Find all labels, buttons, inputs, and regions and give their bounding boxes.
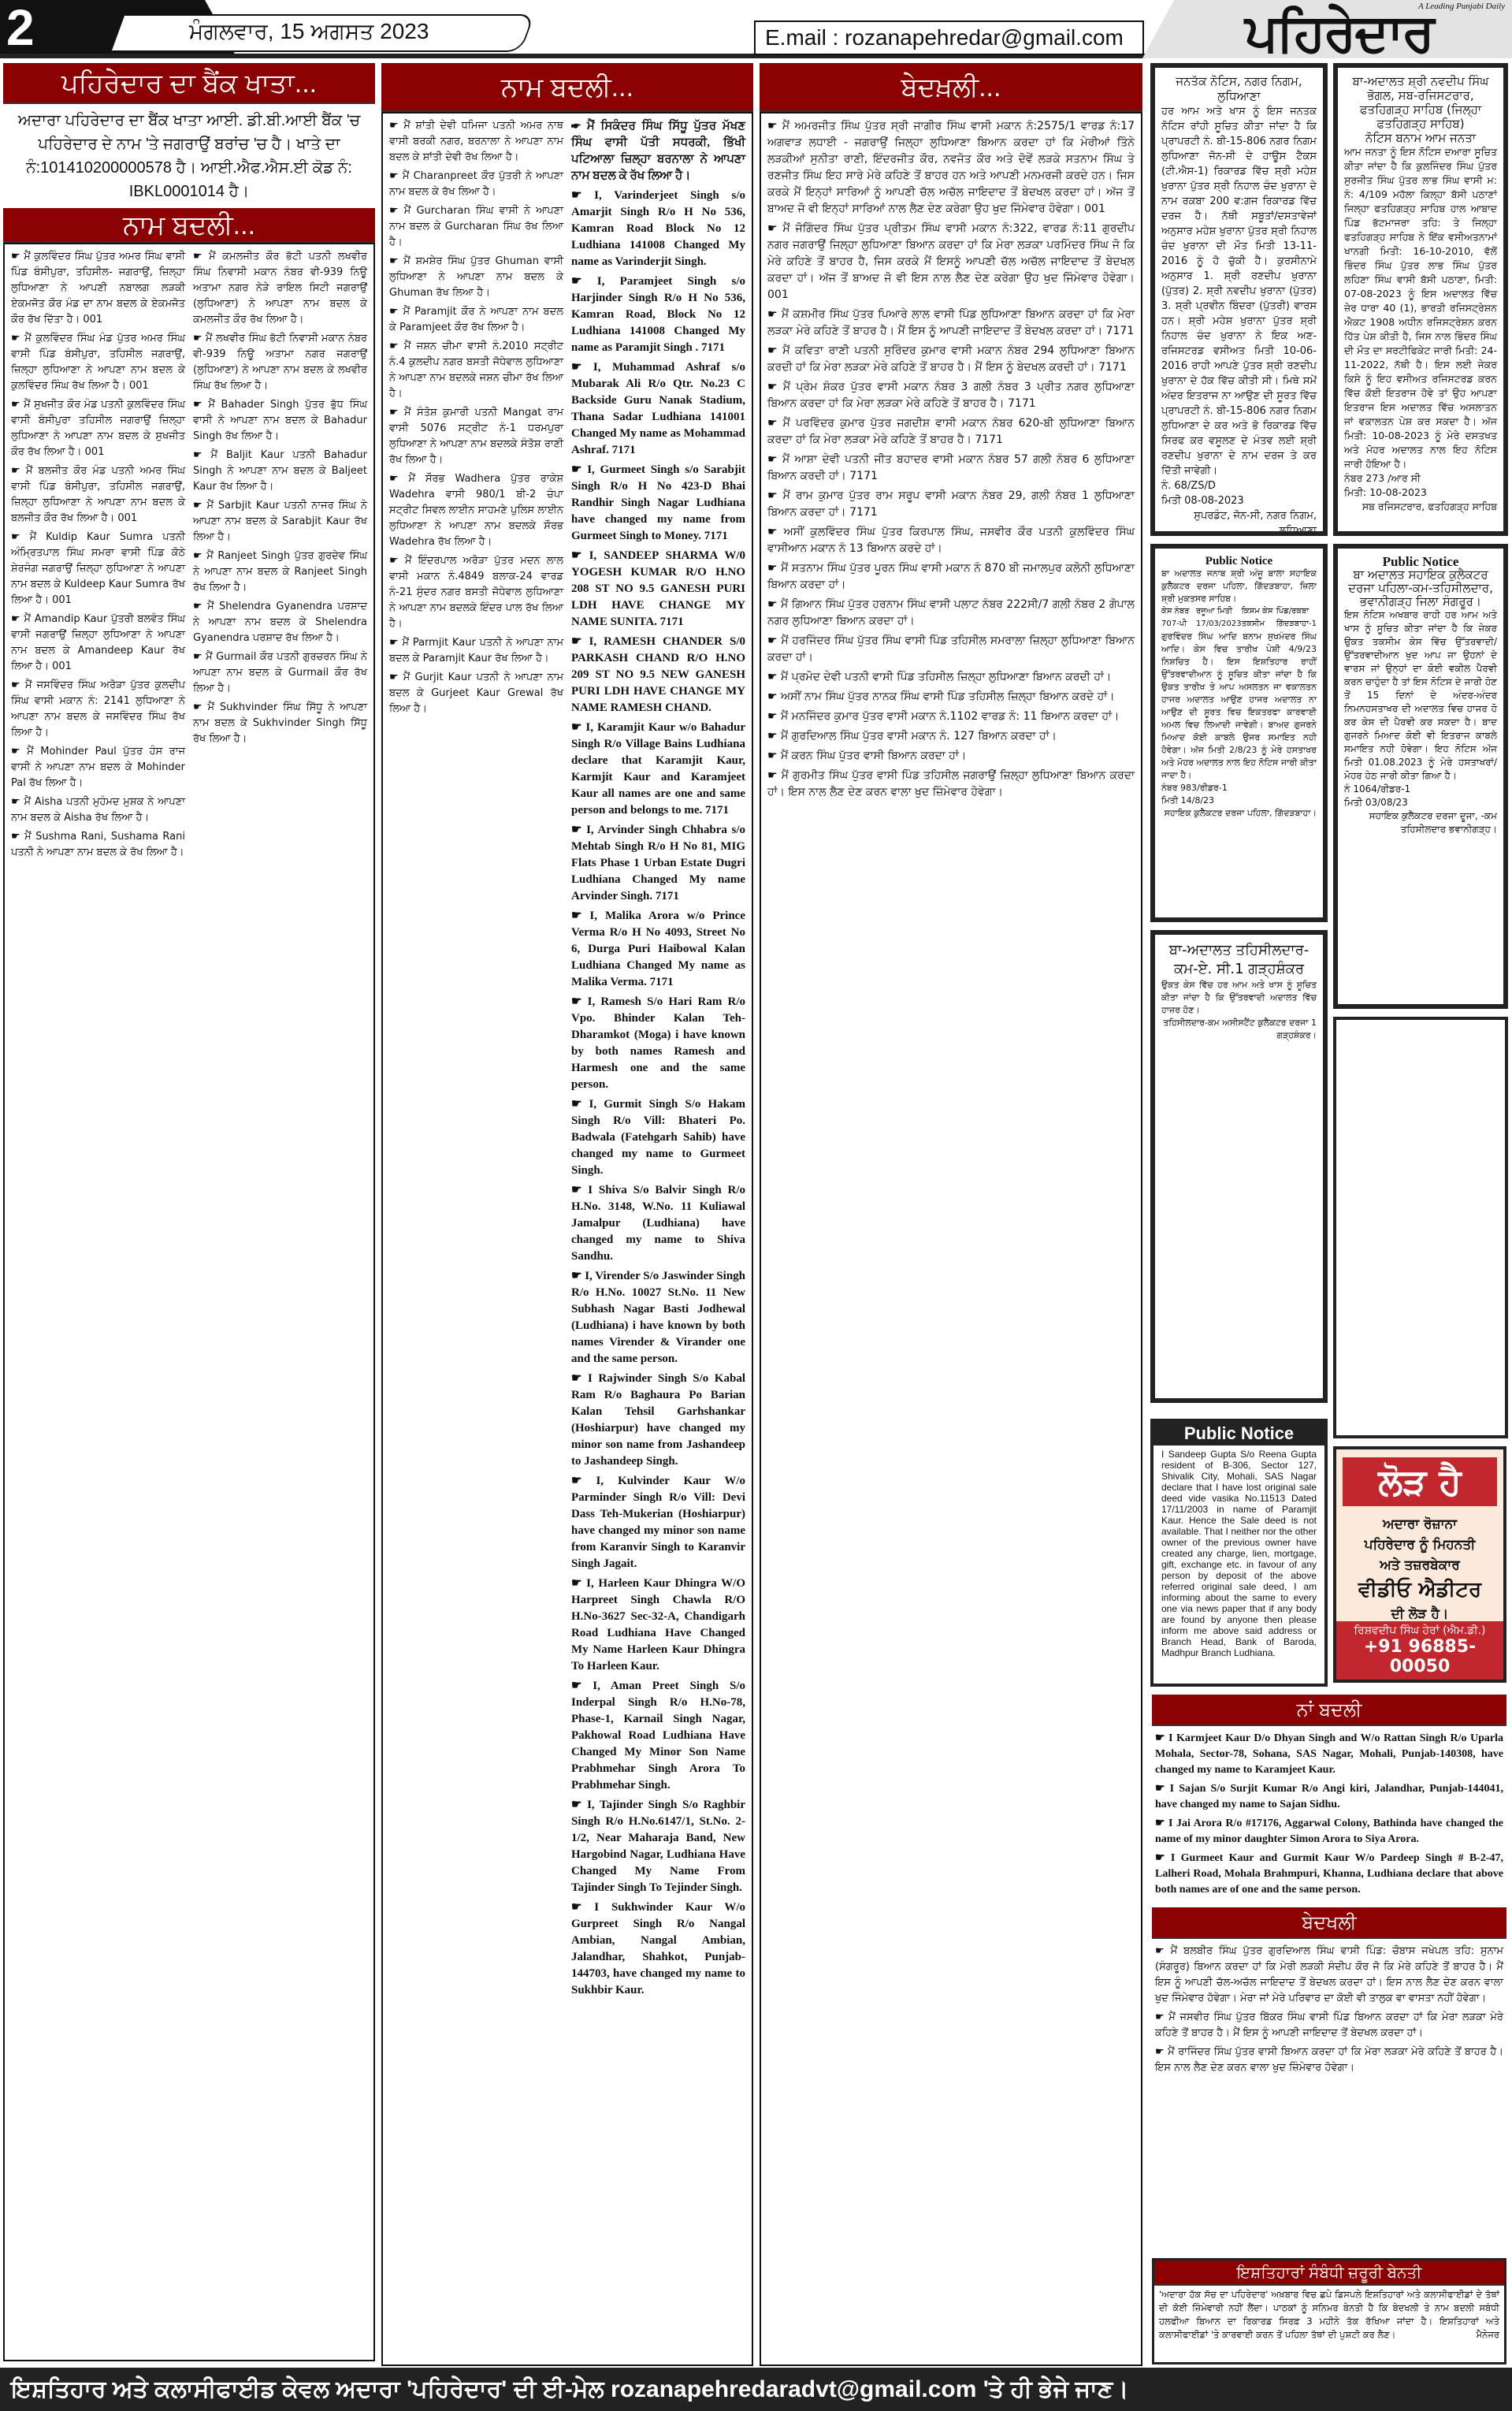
list-item: ☛ I, Gurmeet Singh s/o Sarabjit Singh R/… — [571, 462, 745, 545]
list-item: ☛ ਮੈਂ Shelendra Gyanendra ਪਰਸ਼ਾਦ ਨੇ ਆਪਣਾ… — [193, 599, 367, 646]
notice-bhawanigarh: Public Notice ਬਾ ਅਦਾਲਤ ਸਹਾਇਕ ਕੁਲੈਕਟਰ ਦਰਜ… — [1333, 544, 1508, 1009]
name-change-heading-2: ਨਾਮ ਬਦਲੀ... — [381, 63, 753, 112]
name-change-body: ☛ ਮੈਂ ਕੁਲਵਿੰਦਰ ਸਿੰਘ ਪੁੱਤਰ ਅਮਰ ਸਿੰਘ ਵਾਸੀ … — [3, 243, 375, 2361]
notice-generic — [1333, 1017, 1508, 1438]
notice-body: ਆਮ ਜਨਤਾ ਨੂੰ ਇਸ ਨੋਟਿਸ ਦਆਰਾ ਸੂਚਿਤ ਕੀਤਾ ਜਾਂ… — [1344, 145, 1497, 471]
list-item: ☛ ਮੈਂ ਜਸਵਿੰਦਰ ਸਿੰਘ ਅਰੋੜਾ ਪੁੱਤਰ ਕੁਲਦੀਪ ਸਿ… — [11, 678, 185, 741]
list-item: ☛ ਮੈਂ ਆਸ਼ਾ ਦੇਵੀ ਪਤਨੀ ਜੀਤ ਬਹਾਦਰ ਵਾਸੀ ਮਕਾਨ… — [767, 452, 1135, 485]
list-item: ☛ ਮੈਂ ਬਲਬੀਰ ਸਿੰਘ ਪੁੱਤਰ ਗੁਰਦਿਆਲ ਸਿੰਘ ਵਾਸੀ… — [1155, 1944, 1503, 2007]
name-change-subcol-a: ☛ ਮੈਂ ਕੁਲਵਿੰਦਰ ਸਿੰਘ ਪੁੱਤਰ ਅਮਰ ਸਿੰਘ ਵਾਸੀ … — [11, 249, 185, 2355]
list-item: ☛ I, Varinderjeet Singh s/o Amarjit Sing… — [571, 188, 745, 270]
notice-title: ਜਨਤੱਕ ਨੋਟਿਸ, ਨਗਰ ਨਿਗਮ, ਲੁਧਿਆਣਾ — [1161, 74, 1317, 104]
bank-account-text: ਅਦਾਰਾ ਪਹਿਰੇਦਾਰ ਦਾ ਬੈਂਕ ਖਾਤਾ ਆਈ. ਡੀ.ਬੀ.ਆਈ… — [3, 104, 375, 208]
list-item: ☛ ਮੈਂ ਸਿਕੰਦਰ ਸਿੰਘ ਸਿੱਧੂ ਪੁੱਤਰ ਮੱਖਣ ਸਿੰਘ … — [571, 118, 745, 184]
list-item: ☛ ਮੈਂ ਕੁਲਵਿੰਦਰ ਸਿੰਘ ਮੰਡ ਪੁੱਤਰ ਅਮਰ ਸਿੰਘ ਵ… — [11, 331, 185, 394]
notice-subtitle: ਨੋਟਿਸ ਬਨਾਮ ਆਮ ਜਨਤਾ — [1344, 131, 1497, 145]
list-item: ☛ ਮੈਂ ਕਵਿਤਾ ਰਾਣੀ ਪਤਨੀ ਸੁਰਿੰਦਰ ਕੁਮਾਰ ਵਾਸੀ… — [767, 343, 1135, 376]
column-1: ਪਹਿਰੇਦਾਰ ਦਾ ਬੈਂਕ ਖਾਤਾ... ਅਦਾਰਾ ਪਹਿਰੇਦਾਰ … — [3, 63, 375, 2361]
list-item: ☛ I Gurmeet Kaur and Gurmit Kaur W/o Par… — [1155, 1851, 1503, 1898]
header-email[interactable]: E.mail : rozanapehredar@gmail.com — [754, 20, 1144, 55]
notice-body: ਗੁਰਵਿੰਦਰ ਸਿੰਘ ਆਦਿ ਬਨਾਮ ਸੁਖਮੰਦਰ ਸਿੰਘ ਆਦਿ।… — [1161, 631, 1317, 782]
list-item: ☛ ਮੈਂ Sushma Rani, Sushama Rani ਪਤਨੀ ਨੇ … — [11, 829, 185, 861]
public-notice-sandeep: Public Notice I Sandeep Gupta S/o Reena … — [1150, 1419, 1328, 1687]
list-item: ☛ ਮੈਂ Bahader Singh ਪੁੱਤਰ ਭੁੱਧ ਸਿੰਘ ਵਾਸੀ… — [193, 397, 367, 445]
list-item: ☛ ਮੈਂ ਅਮਰਜੀਤ ਸਿੰਘ ਪੁੱਤਰ ਸ੍ਰੀ ਜਾਗੀਰ ਸਿੰਘ … — [767, 118, 1135, 218]
notice-body: ਉਕਤ ਕੇਸ ਵਿੱਚ ਹਰ ਆਮ ਅਤੇ ਖਾਸ ਨੂੰ ਸੂਚਿਤ ਕੀਤ… — [1161, 979, 1317, 1017]
list-item: ☛ ਮੈਂ Gurcharan ਸਿੰਘ ਵਾਸੀ ਨੇ ਆਪਣਾ ਨਾਮ ਬਦ… — [389, 203, 563, 251]
right-name-change: ਨਾਂ ਬਦਲੀ ☛ I Karmjeet Kaur D/o Dhyan Sin… — [1152, 1695, 1506, 1906]
case-table-cell: ਗਿੱਦੜਬਾਹਾ-1 — [1276, 618, 1317, 631]
list-item: ☛ ਮੈਂ ਸਤਨਾਮ ਸਿੰਘ ਪੁੱਤਰ ਪੂਰਨ ਸਿੰਘ ਵਾਸੀ ਮਕ… — [767, 560, 1135, 593]
list-item: ☛ ਮੈਂ ਕਸ਼ਮੀਰ ਸਿੰਘ ਪੁੱਤਰ ਪਿਆਰੇ ਲਾਲ ਵਾਸੀ ਪ… — [767, 307, 1135, 340]
ad-contact-name: ਰਿਸ਼ਵਦੀਪ ਸਿੰਘ ਹੇਰਾਂ (ਐਮ.ਡੀ.) — [1354, 1624, 1486, 1637]
notice-title: ਬਾ-ਅਦਾਲਤ ਸ਼੍ਰੀ ਨਵਦੀਪ ਸਿੰਘ ਭੋਗਲ, ਸਬ-ਰਜਿਸਟ… — [1344, 74, 1497, 131]
ad-line: ਪਹਿਰੇਦਾਰ ਨੂੰ ਮਿਹਨਤੀ — [1336, 1535, 1503, 1555]
list-item: ☛ I, Tajinder Singh S/o Raghbir Singh R/… — [571, 1797, 745, 1896]
list-item: ☛ I Rajwinder Singh S/o Kabal Ram R/o Ba… — [571, 1371, 745, 1470]
name-change-subcol-punjabi: ☛ ਮੈਂ ਸ਼ਾਂਤੀ ਦੇਵੀ ਧਮਿਜਾ ਪਤਨੀ ਅਮਰ ਨਾਥ ਵਾਸ… — [389, 118, 563, 2360]
case-table-header: ਕਿਸਮ ਕੇਸ — [1242, 605, 1276, 618]
list-item: ☛ ਮੈਂ Sukhvinder ਸਿੰਘ ਸਿੱਧੂ ਨੇ ਆਪਣਾ ਨਾਮ … — [193, 700, 367, 747]
name-change-body-2: ☛ ਮੈਂ ਸ਼ਾਂਤੀ ਦੇਵੀ ਧਮਿਜਾ ਪਤਨੀ ਅਮਰ ਨਾਥ ਵਾਸ… — [381, 112, 753, 2366]
notice-title: Public Notice — [1344, 555, 1497, 568]
list-item: ☛ I, Malika Arora w/o Prince Verma R/o H… — [571, 908, 745, 991]
list-item: ☛ ਮੈਂ ਗਿਆਨ ਸਿੰਘ ਪੁੱਤਰ ਹਰਨਾਮ ਸਿੰਘ ਵਾਸੀ ਪਲ… — [767, 597, 1135, 630]
list-item: ☛ ਮੈਂ Ranjeet Singh ਪੁੱਤਰ ਗੁਰਦੇਵ ਸਿੰਘ ਨੇ… — [193, 549, 367, 596]
list-item: ☛ ਮੈਂ ਜਸਵੀਰ ਸਿੰਘ ਪੁੱਤਰ ਬਿੱਕਰ ਸਿੰਘ ਵਾਸੀ ਪ… — [1155, 2010, 1503, 2041]
list-item: ☛ I, Harleen Kaur Dhingra W/O Harpreet S… — [571, 1576, 745, 1675]
ad-contact: ਰਿਸ਼ਵਦੀਪ ਸਿੰਘ ਹੇਰਾਂ (ਐਮ.ਡੀ.) +91 96885-0… — [1336, 1621, 1503, 1680]
case-table-header: ਕੇਸ ਨੰਬਰ — [1161, 605, 1196, 618]
list-item: ☛ ਮੈਂ Gurjit Kaur ਪਤਨੀ ਨੇ ਆਪਣਾ ਨਾਮ ਬਦਲ ਕ… — [389, 670, 563, 717]
list-item: ☛ ਮੈਂ ਸ਼ਾਂਤੀ ਦੇਵੀ ਧਮਿਜਾ ਪਤਨੀ ਅਮਰ ਨਾਥ ਵਾਸ… — [389, 118, 563, 166]
notice-ref: ਨੰ. 68/ZS/D — [1161, 478, 1317, 493]
list-item: ☛ I, Gurmit Singh S/o Hakam Singh R/o Vi… — [571, 1096, 745, 1179]
list-item: ☛ ਮੈਂ Kuldip Kaur Sumra ਪਤਨੀ ਅੰਮ੍ਰਿਤਪਾਲ … — [11, 530, 185, 608]
case-table-header: ਪਿੰਡ/ਰਕਬਾ — [1276, 605, 1317, 618]
list-item: ☛ ਮੈਂ Parmjit Kaur ਪਤਨੀ ਨੇ ਆਪਣਾ ਨਾਮ ਬਦਲ … — [389, 635, 563, 667]
case-table-header: ਰਜੂਆ ਮਿਤੀ — [1196, 605, 1242, 618]
list-item: ☛ ਮੈਂ Amandip Kaur ਪੁੱਤਰੀ ਬਲਵੰਤ ਸਿੰਘ ਵਾਸ… — [11, 612, 185, 675]
list-item: ☛ ਮੈਂ ਲਖਵੀਰ ਸਿੰਘ ਭੱਟੀ ਨਿਵਾਸੀ ਮਕਾਨ ਨੰਬਰ ਵ… — [193, 331, 367, 394]
list-item: ☛ I Karmjeet Kaur D/o Dhyan Singh and W/… — [1155, 1731, 1503, 1778]
list-item: ☛ ਮੈਂ Sarbjit Kaur ਪਤਨੀ ਨਾਜਰ ਸਿੰਘ ਨੇ ਆਪਣ… — [193, 498, 367, 545]
notice-tehsildar: ਬਾ-ਅਦਾਲਤ ਤਹਿਸੀਲਦਾਰ-ਕਮ-ਏ. ਸੀ.1 ਗੜ੍ਹਸ਼ੰਕਰ … — [1150, 930, 1328, 1403]
ad-phone[interactable]: +91 96885-00050 — [1336, 1637, 1503, 1676]
ad-disclaimer-text: 'ਅਦਾਰਾ ਹੱਕ ਸੱਚ ਦਾ ਪਹਿਰੇਦਾਰ' ਅਖ਼ਬਾਰ ਵਿਚ ਛ… — [1159, 2289, 1499, 2340]
list-item: ☛ ਮੈਂ Charanpreet ਕੌਰ ਪੁੱਤਰੀ ਨੇ ਆਪਣਾ ਨਾਮ… — [389, 169, 563, 200]
notice-ref: ਨੰਬਰ 983/ਰੀਡਰ-1 — [1161, 782, 1317, 794]
column-3: ਬੇਦਖ਼ਲੀ... ☛ ਮੈਂ ਅਮਰਜੀਤ ਸਿੰਘ ਪੁੱਤਰ ਸ੍ਰੀ … — [760, 63, 1142, 2366]
list-item: ☛ ਮੈਂ ਕੁਲਵਿੰਦਰ ਸਿੰਘ ਪੁੱਤਰ ਅਮਰ ਸਿੰਘ ਵਾਸੀ … — [11, 249, 185, 328]
list-item: ☛ I, RAMESH CHANDER S/0 PARKASH CHAND R/… — [571, 634, 745, 716]
tagline: A Leading Punjabi Daily — [1418, 2, 1505, 11]
public-notice-body: I Sandeep Gupta S/o Reena Gupta resident… — [1154, 1445, 1324, 1661]
right-disown: ਬੇਦਖਲੀ ☛ ਮੈਂ ਬਲਬੀਰ ਸਿੰਘ ਪੁੱਤਰ ਗੁਰਦਿਆਲ ਸਿ… — [1152, 1907, 1506, 2254]
list-item: ☛ I Jai Arora R/o #17176, Aggarwal Colon… — [1155, 1816, 1503, 1847]
list-item: ☛ I, Ramesh S/o Hari Ram R/o Vpo. Bhinde… — [571, 994, 745, 1093]
ad-disclaimer-body: 'ਅਦਾਰਾ ਹੱਕ ਸੱਚ ਦਾ ਪਹਿਰੇਦਾਰ' ਅਖ਼ਬਾਰ ਵਿਚ ਛ… — [1154, 2286, 1504, 2344]
list-item: ☛ ਮੈਂ ਸੌਰਭ Wadhera ਪੁੱਤਰ ਰਾਕੇਸ਼ Wadehra … — [389, 471, 563, 550]
name-change-subcol-english: ☛ ਮੈਂ ਸਿਕੰਦਰ ਸਿੰਘ ਸਿੱਧੂ ਪੁੱਤਰ ਮੱਖਣ ਸਿੰਘ … — [571, 118, 745, 2360]
ad-headline: ਲੋੜ ਹੈ — [1343, 1457, 1497, 1506]
list-item: ☛ ਮੈਂ Mohinder Paul ਪੁੱਤਰ ਹੰਸ ਰਾਜ ਵਾਸੀ ਨ… — [11, 744, 185, 791]
list-item: ☛ I, Virender S/o Jaswinder Singh R/o H.… — [571, 1268, 745, 1367]
notice-subtitle: ਬਾ ਅਦਾਲਤ ਜਨਾਬ ਸ਼੍ਰੀ ਅੰਜੂ ਬਾਲਾ ਸਹਾਇਕ ਕੁਲੈ… — [1161, 567, 1317, 605]
disown-body: ☛ ਮੈਂ ਅਮਰਜੀਤ ਸਿੰਘ ਪੁੱਤਰ ਸ੍ਰੀ ਜਾਗੀਰ ਸਿੰਘ … — [760, 112, 1142, 2366]
list-item: ☛ I, SANDEEP SHARMA W/0 YOGESH KUMAR R/O… — [571, 548, 745, 631]
notice-subtitle: ਬਾ ਅਦਾਲਤ ਸਹਾਇਕ ਕੁਲੈਕਟਰ ਦਰਜਾ ਪਹਿਲਾ-ਕਮ-ਤਹਿ… — [1344, 568, 1497, 608]
list-item: ☛ ਮੈਂ ਰਾਮ ਕੁਮਾਰ ਪੁੱਤਰ ਰਾਮ ਸਰੂਪ ਵਾਸੀ ਮਕਾਨ… — [767, 488, 1135, 521]
notice-title: ਬਾ-ਅਦਾਲਤ ਤਹਿਸੀਲਦਾਰ-ਕਮ-ਏ. ਸੀ.1 ਗੜ੍ਹਸ਼ੰਕਰ — [1161, 941, 1317, 979]
list-item: ☛ ਮੈਂ ਸੰਤੋਸ਼ ਕੁਮਾਰੀ ਪਤਨੀ Mangat ਰਾਮ ਵਾਸੀ… — [389, 405, 563, 468]
list-item: ☛ I, Karamjit Kaur w/o Bahadur Singh R/o… — [571, 720, 745, 819]
notice-body: ਹਰ ਆਮ ਅਤੇ ਖਾਸ ਨੂੰ ਇਸ ਜਨਤਕ ਨੋਟਿਸ ਰਾਂਹੀ ਸੂ… — [1161, 104, 1317, 478]
page-number: 2 — [6, 0, 35, 57]
masthead: 2 ਮੰਗਲਵਾਰ, 15 ਅਗਸਤ 2023 E.mail : rozanap… — [0, 0, 1512, 57]
notice-date: ਮਿਤੀ 03/08/23 — [1344, 796, 1497, 809]
list-item: ☛ ਮੈਂ ਰਾਜਿੰਦਰ ਸਿੰਘ ਪੁੱਤਰ ਵਾਸੀ ਬਿਆਨ ਕਰਦਾ … — [1155, 2045, 1503, 2076]
list-item: ☛ ਮੈਂ ਬਲਜੀਤ ਕੌਰ ਮੰਡ ਪਤਨੀ ਅਮਰ ਸਿੰਘ ਵਾਸੀ ਪ… — [11, 463, 185, 526]
list-item: ☛ ਮੈਂ ਗੁਰਦਿਆਲ ਸਿੰਘ ਪੁੱਤਰ ਵਾਸੀ ਮਕਾਨ ਨੰ. 1… — [767, 728, 1135, 745]
notice-date: ਮਿਤੀ 14/8/23 — [1161, 794, 1317, 807]
notice-date: ਮਿਤੀ: 10-08-2023 — [1344, 486, 1497, 500]
video-editor-ad: ਲੋੜ ਹੈ ਅਦਾਰਾ ਰੋਜ਼ਾਨਾ ਪਹਿਰੇਦਾਰ ਨੂੰ ਮਿਹਨਤੀ… — [1333, 1446, 1506, 1683]
notice-fatehgarh: ਬਾ-ਅਦਾਲਤ ਸ਼੍ਰੀ ਨਵਦੀਪ ਸਿੰਘ ਭੋਗਲ, ਸਬ-ਰਜਿਸਟ… — [1333, 63, 1508, 536]
notice-signature: ਸਬ ਰਜਿਸਟਰਾਰ, ਫਤਹਿਗੜ੍ਹ ਸਾਹਿਬ — [1344, 500, 1497, 514]
bank-account-heading: ਪਹਿਰੇਦਾਰ ਦਾ ਬੈਂਕ ਖਾਤਾ... — [3, 63, 375, 104]
list-item: ☛ ਮੈਂ Gurmail ਕੌਰ ਪਤਨੀ ਗੁਰਚਰਨ ਸਿੰਘ ਨੇ ਆਪ… — [193, 649, 367, 697]
list-item: ☛ I Sukhwinder Kaur W/o Gurpreet Singh R… — [571, 1899, 745, 1999]
list-item: ☛ ਮੈਂ ਪ੍ਰੇਮ ਸ਼ੰਕਰ ਪੁੱਤਰ ਵਾਸੀ ਮਕਾਨ ਨੰਬਰ 3… — [767, 379, 1135, 412]
case-table-cell: 17/03/2023 — [1196, 618, 1242, 631]
list-item: ☛ I, Kulvinder Kaur W/o Parminder Singh … — [571, 1473, 745, 1572]
case-table-cell: 707-ਪੀ — [1161, 618, 1196, 631]
right-name-change-body: ☛ I Karmjeet Kaur D/o Dhyan Singh and W/… — [1152, 1726, 1506, 1906]
list-item: ☛ ਮੈਂ Paramjit ਕੌਰ ਨੇ ਆਪਣਾ ਨਾਮ ਬਦਲ ਕੇ Pa… — [389, 304, 563, 336]
issue-date: ਮੰਗਲਵਾਰ, 15 ਅਗਸਤ 2023 — [189, 19, 429, 45]
list-item: ☛ I Sajan S/o Surjit Kumar R/o Angi kiri… — [1155, 1781, 1503, 1813]
notice-signature: ਸਹਾਇਕ ਕੁਲੈਕਟਰ ਦਰਜਾ ਦੂਜਾ, -ਕਮ ਤਹਿਸੀਲਦਾਰ ਭ… — [1344, 809, 1497, 836]
notice-signature: ਸੁਪਰਡੰਟ, ਜੋਨ-ਸੀ, ਨਗਰ ਨਿਗਮ, ਲੁਧਿਆਣਾ — [1161, 508, 1317, 536]
list-item: ☛ ਅਸੀਂ ਕੁਲਵਿੰਦਰ ਸਿੰਘ ਪੁੱਤਰ ਕਿਰਪਾਲ ਸਿੰਘ, … — [767, 524, 1135, 557]
case-table-cell: ਤਕਸੀਮ — [1242, 618, 1276, 631]
list-item: ☛ ਮੈਂ ਸ਼ਮਸ਼ੇਰ ਸਿੰਘ ਪੁੱਤਰ Ghuman ਵਾਸੀ ਲੁਧ… — [389, 254, 563, 301]
list-item: ☛ ਮੈਂ ਪ੍ਰਮੋਦ ਦੇਵੀ ਪਤਨੀ ਵਾਸੀ ਪਿੰਡ ਤਹਿਸੀਲ … — [767, 669, 1135, 686]
list-item: ☛ I, Muhammad Ashraf s/o Mubarak Ali R/o… — [571, 359, 745, 459]
right-disown-body: ☛ ਮੈਂ ਬਲਬੀਰ ਸਿੰਘ ਪੁੱਤਰ ਗੁਰਦਿਆਲ ਸਿੰਘ ਵਾਸੀ… — [1152, 1939, 1506, 2084]
ad-disclaimer: ਇਸ਼ਤਿਹਾਰਾਂ ਸੰਬੰਧੀ ਜ਼ਰੂਰੀ ਬੇਨਤੀ 'ਅਦਾਰਾ ਹੱ… — [1152, 2258, 1506, 2364]
list-item: ☛ ਮੈਂ ਪਰਵਿੰਦਰ ਕੁਮਾਰ ਪੁੱਤਰ ਜਗਦੀਸ਼ ਵਾਸੀ ਮਕ… — [767, 415, 1135, 448]
list-item: ☛ ਮੈਂ ਮਨਜਿੰਦਰ ਕੁਮਾਰ ਪੁੱਤਰ ਵਾਸੀ ਮਕਾਨ ਨੰ.1… — [767, 709, 1135, 725]
list-item: ☛ ਮੈਂ ਸੁਖਜੀਤ ਕੌਰ ਮੰਡ ਪਤਨੀ ਕੁਲਵਿੰਦਰ ਸਿੰਘ … — [11, 397, 185, 460]
ad-line: ਅਦਾਰਾ ਰੋਜ਼ਾਨਾ — [1336, 1514, 1503, 1535]
column-2: ਨਾਮ ਬਦਲੀ... ☛ ਮੈਂ ਸ਼ਾਂਤੀ ਦੇਵੀ ਧਮਿਜਾ ਪਤਨੀ… — [381, 63, 753, 2366]
list-item: ☛ ਮੈਂ ਕਰਨ ਸਿੰਘ ਪੁੱਤਰ ਵਾਸੀ ਬਿਆਨ ਕਰਦਾ ਹਾਂ। — [767, 748, 1135, 765]
notice-date: ਮਿਤੀ 08-08-2023 — [1161, 493, 1317, 508]
list-item: ☛ ਅਸੀਂ ਨਾਮ ਸਿੰਘ ਪੁੱਤਰ ਨਾਨਕ ਸਿੰਘ ਵਾਸੀ ਪਿੰ… — [767, 689, 1135, 705]
footer-banner: ਇਸ਼ਤਿਹਾਰ ਅਤੇ ਕਲਾਸੀਫਾਈਡ ਕੇਵਲ ਅਦਾਰਾ 'ਪਹਿਰੇ… — [0, 2368, 1512, 2411]
list-item: ☛ ਮੈਂ Aisha ਪਤਨੀ ਮੁਹੰਮਦ ਮੁਸ਼ਕ ਨੇ ਆਪਣਾ ਨਾ… — [11, 794, 185, 826]
notice-signature: ਤਹਿਸੀਲਦਾਰ-ਕਮ ਅਸੀਸਟੈਂਟ ਕੁਲੈਕਟਰ ਦਰਜਾ 1 ਗੜ੍… — [1161, 1017, 1317, 1042]
ad-disclaimer-sign: ਮੈਨੇਜਰ — [1477, 2328, 1499, 2342]
notice-signature: ਸਹਾਇਕ ਕੁਲੈਕਟਰ ਦਰਜਾ ਪਹਿਲਾ, ਗਿੱਦੜਬਾਹਾ। — [1161, 807, 1317, 820]
notice-gidderbaha: Public Notice ਬਾ ਅਦਾਲਤ ਜਨਾਬ ਸ਼੍ਰੀ ਅੰਜੂ ਬ… — [1150, 544, 1328, 922]
list-item: ☛ I, Arvinder Singh Chhabra s/o Mehtab S… — [571, 822, 745, 905]
list-item: ☛ ਮੈਂ ਗੁਰਮੀਤ ਸਿੰਘ ਪੁੱਤਰ ਵਾਸੀ ਪਿੰਡ ਤਹਿਸੀਲ… — [767, 768, 1135, 801]
public-notice-title: Public Notice — [1154, 1422, 1324, 1445]
list-item: ☛ ਮੈਂ ਕਮਲਜੀਤ ਕੌਰ ਭੱਟੀ ਪਤਨੀ ਲਖਵੀਰ ਸਿੰਘ ਨਿ… — [193, 249, 367, 328]
list-item: ☛ ਮੈਂ ਜੋਗਿੰਦਰ ਸਿੰਘ ਪੁੱਤਰ ਪ੍ਰੀਤਮ ਸਿੰਘ ਵਾਸ… — [767, 221, 1135, 303]
list-item: ☛ I Shiva S/o Balvir Singh R/o H.No. 314… — [571, 1182, 745, 1265]
ad-line: ਅਤੇ ਤਜ਼ਰਬੇਕਾਰ — [1336, 1555, 1503, 1576]
newspaper-logo: ਪਹਿਰੇਦਾਰ — [1245, 2, 1433, 65]
notice-title: Public Notice — [1161, 555, 1317, 567]
list-item: ☛ ਮੈਂ ਹਰਜਿੰਦਰ ਸਿੰਘ ਪੁੱਤਰ ਸਿੰਘ ਵਾਸੀ ਪਿੰਡ … — [767, 633, 1135, 666]
list-item: ☛ I, Aman Preet Singh S/o Inderpal Singh… — [571, 1678, 745, 1794]
right-name-change-heading: ਨਾਂ ਬਦਲੀ — [1152, 1695, 1506, 1726]
disown-heading: ਬੇਦਖ਼ਲੀ... — [760, 63, 1142, 112]
ad-role: ਵੀਡੀਓ ਐਡੀਟਰ — [1336, 1576, 1503, 1604]
ad-disclaimer-heading: ਇਸ਼ਤਿਹਾਰਾਂ ਸੰਬੰਧੀ ਜ਼ਰੂਰੀ ਬੇਨਤੀ — [1154, 2260, 1504, 2286]
notice-municipal-corporation: ਜਨਤੱਕ ਨੋਟਿਸ, ਨਗਰ ਨਿਗਮ, ਲੁਧਿਆਣਾ ਹਰ ਆਮ ਅਤੇ… — [1150, 63, 1328, 536]
name-change-heading: ਨਾਮ ਬਦਲੀ... — [3, 208, 375, 243]
case-table: ਕੇਸ ਨੰਬਰ ਰਜੂਆ ਮਿਤੀ ਕਿਸਮ ਕੇਸ ਪਿੰਡ/ਰਕਬਾ 70… — [1161, 605, 1317, 631]
list-item: ☛ ਮੈਂ ਜਸ਼ਨ ਚੀਮਾ ਵਾਸੀ ਨੰ.2010 ਸਟ੍ਰੀਟ ਨੰ.4… — [389, 339, 563, 402]
list-item: ☛ I, Paramjeet Singh s/o Harjinder Singh… — [571, 273, 745, 356]
notice-body: ਇਸ ਨੋਟਿਸ ਅਖਬਾਰ ਰਾਹੀ ਹਰ ਆਮ ਅਤੇ ਖਾਸ ਨੂੰ ਸੂ… — [1344, 608, 1497, 783]
notice-ref: ਨੰਬਰ 273 /ਆਰ ਸੀ — [1344, 471, 1497, 486]
notice-ref: ਨੰ 1064/ਰੀਡਰ-1 — [1344, 783, 1497, 796]
name-change-subcol-b: ☛ ਮੈਂ ਕਮਲਜੀਤ ਕੌਰ ਭੱਟੀ ਪਤਨੀ ਲਖਵੀਰ ਸਿੰਘ ਨਿ… — [193, 249, 367, 2355]
right-disown-heading: ਬੇਦਖਲੀ — [1152, 1907, 1506, 1939]
list-item: ☛ ਮੈਂ Baljit Kaur ਪਤਨੀ Bahadur Singh ਨੇ … — [193, 448, 367, 495]
list-item: ☛ ਮੈਂ ਇੰਦਰਪਾਲ ਅਰੋੜਾ ਪੁੱਤਰ ਮਦਨ ਲਾਲ ਵਾਸੀ ਮ… — [389, 553, 563, 632]
